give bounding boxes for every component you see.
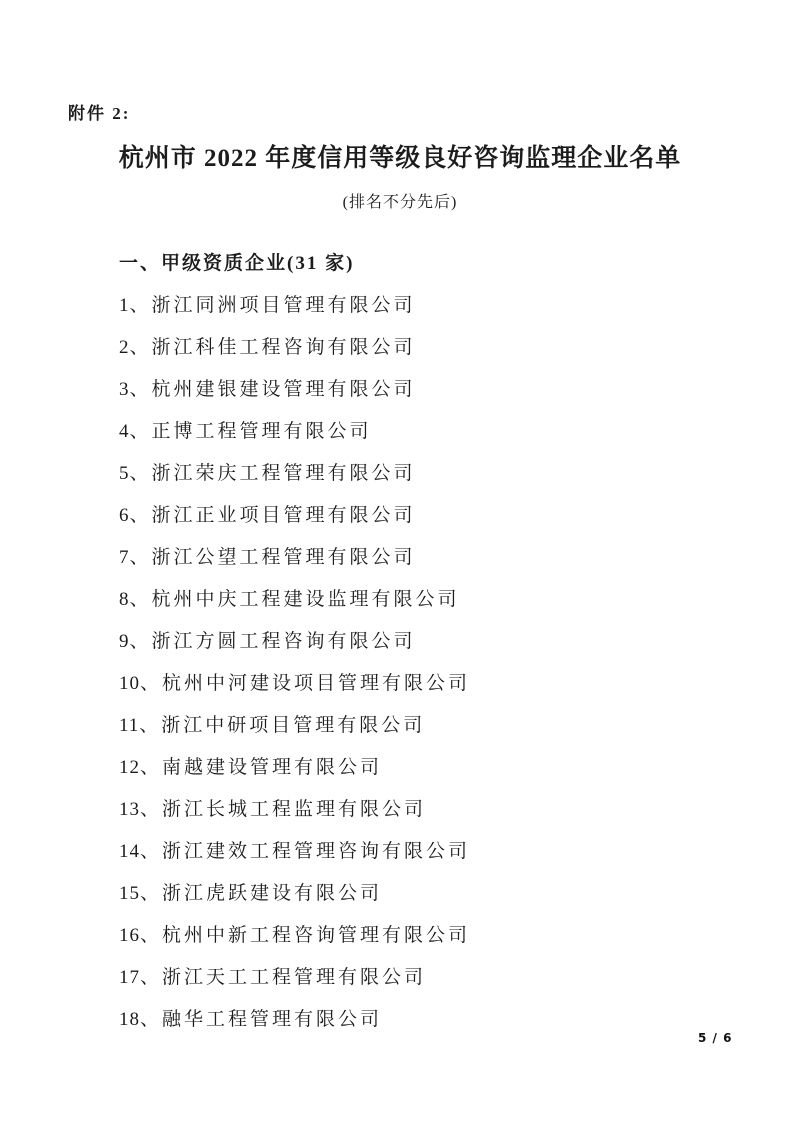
company-name: 浙江公望工程管理有限公司 bbox=[152, 547, 416, 568]
list-item: 10、杭州中河建设项目管理有限公司 bbox=[119, 663, 470, 705]
company-name: 浙江天工工程管理有限公司 bbox=[162, 967, 426, 988]
item-number: 10、 bbox=[119, 673, 160, 694]
company-name: 浙江虎跃建设有限公司 bbox=[162, 883, 382, 904]
list-item: 8、杭州中庆工程建设监理有限公司 bbox=[119, 579, 470, 621]
item-number: 16、 bbox=[119, 925, 160, 946]
item-number: 5、 bbox=[119, 463, 150, 484]
item-number: 7、 bbox=[119, 547, 150, 568]
list-item: 17、浙江天工工程管理有限公司 bbox=[119, 957, 470, 999]
company-name: 杭州中新工程咨询管理有限公司 bbox=[162, 925, 470, 946]
item-number: 6、 bbox=[119, 505, 150, 526]
item-number: 13、 bbox=[119, 799, 160, 820]
item-number: 12、 bbox=[119, 757, 160, 778]
document-page: 附件 2: 杭州市 2022 年度信用等级良好咨询监理企业名单 (排名不分先后)… bbox=[0, 0, 800, 1132]
list-item: 11、浙江中研项目管理有限公司 bbox=[119, 705, 470, 747]
company-name: 浙江荣庆工程管理有限公司 bbox=[152, 463, 416, 484]
list-item: 18、融华工程管理有限公司 bbox=[119, 999, 470, 1041]
list-item: 3、杭州建银建设管理有限公司 bbox=[119, 369, 470, 411]
company-name: 浙江长城工程监理有限公司 bbox=[162, 799, 426, 820]
list-item: 16、杭州中新工程咨询管理有限公司 bbox=[119, 915, 470, 957]
company-name: 浙江中研项目管理有限公司 bbox=[161, 715, 425, 736]
item-number: 18、 bbox=[119, 1009, 160, 1030]
company-name: 浙江建效工程管理咨询有限公司 bbox=[162, 841, 470, 862]
company-name: 杭州建银建设管理有限公司 bbox=[152, 379, 416, 400]
company-name: 浙江方圆工程咨询有限公司 bbox=[152, 631, 416, 652]
item-number: 14、 bbox=[119, 841, 160, 862]
page-title: 杭州市 2022 年度信用等级良好咨询监理企业名单 bbox=[0, 138, 800, 174]
list-item: 5、浙江荣庆工程管理有限公司 bbox=[119, 453, 470, 495]
company-name: 杭州中庆工程建设监理有限公司 bbox=[152, 589, 460, 610]
section-heading: 一、甲级资质企业(31 家) bbox=[119, 248, 354, 275]
company-name: 浙江正业项目管理有限公司 bbox=[152, 505, 416, 526]
company-list: 1、浙江同洲项目管理有限公司 2、浙江科佳工程咨询有限公司 3、杭州建银建设管理… bbox=[119, 285, 470, 1041]
list-item: 2、浙江科佳工程咨询有限公司 bbox=[119, 327, 470, 369]
company-name: 浙江科佳工程咨询有限公司 bbox=[152, 337, 416, 358]
list-item: 6、浙江正业项目管理有限公司 bbox=[119, 495, 470, 537]
item-number: 17、 bbox=[119, 967, 160, 988]
item-number: 8、 bbox=[119, 589, 150, 610]
item-number: 4、 bbox=[119, 421, 150, 442]
item-number: 2、 bbox=[119, 337, 150, 358]
page-subtitle: (排名不分先后) bbox=[0, 189, 800, 212]
company-name: 融华工程管理有限公司 bbox=[162, 1009, 382, 1030]
attachment-label: 附件 2: bbox=[68, 99, 130, 124]
company-name: 浙江同洲项目管理有限公司 bbox=[152, 295, 416, 316]
company-name: 南越建设管理有限公司 bbox=[162, 757, 382, 778]
list-item: 14、浙江建效工程管理咨询有限公司 bbox=[119, 831, 470, 873]
item-number: 3、 bbox=[119, 379, 150, 400]
list-item: 7、浙江公望工程管理有限公司 bbox=[119, 537, 470, 579]
item-number: 11、 bbox=[119, 715, 159, 736]
list-item: 15、浙江虎跃建设有限公司 bbox=[119, 873, 470, 915]
page-number: 5 / 6 bbox=[698, 1031, 732, 1045]
list-item: 9、浙江方圆工程咨询有限公司 bbox=[119, 621, 470, 663]
list-item: 4、正博工程管理有限公司 bbox=[119, 411, 470, 453]
company-name: 杭州中河建设项目管理有限公司 bbox=[162, 673, 470, 694]
list-item: 1、浙江同洲项目管理有限公司 bbox=[119, 285, 470, 327]
company-name: 正博工程管理有限公司 bbox=[152, 421, 372, 442]
item-number: 15、 bbox=[119, 883, 160, 904]
list-item: 12、南越建设管理有限公司 bbox=[119, 747, 470, 789]
list-item: 13、浙江长城工程监理有限公司 bbox=[119, 789, 470, 831]
item-number: 1、 bbox=[119, 295, 150, 316]
item-number: 9、 bbox=[119, 631, 150, 652]
